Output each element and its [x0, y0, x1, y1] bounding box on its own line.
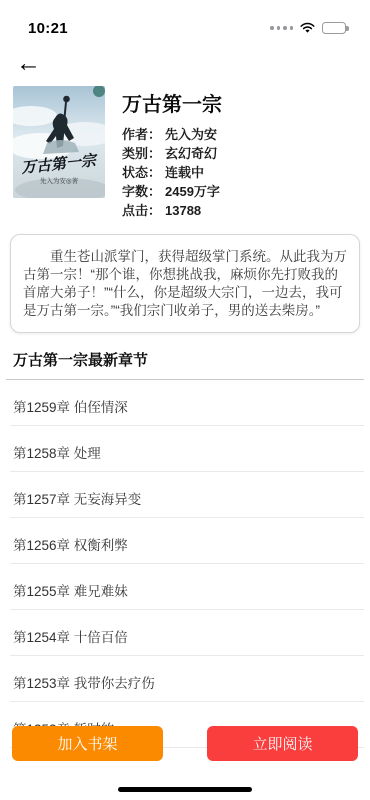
meta-wordcount-label: 字数：	[122, 182, 161, 201]
footer-action-bar: 加入书架 立即阅读	[0, 726, 370, 761]
add-to-shelf-button[interactable]: 加入书架	[12, 726, 163, 761]
meta-clicks: 点击： 13788	[122, 201, 222, 220]
chapter-item[interactable]: 第1255章 难兄难妹	[0, 564, 370, 610]
meta-wordcount-value: 2459万字	[165, 182, 220, 201]
book-title: 万古第一宗	[122, 88, 222, 117]
meta-status: 状态： 连载中	[122, 163, 222, 182]
battery-icon	[322, 22, 346, 34]
status-bar: 10:21	[0, 0, 370, 44]
home-indicator[interactable]	[118, 787, 252, 792]
chapter-item[interactable]: 第1257章 无妄海异变	[0, 472, 370, 518]
meta-author: 作者： 先入为安	[122, 125, 222, 144]
nav-bar: ←	[0, 46, 370, 80]
read-now-button[interactable]: 立即阅读	[207, 726, 358, 761]
chapter-item[interactable]: 第1256章 权衡利弊	[0, 518, 370, 564]
chapter-item[interactable]: 第1258章 处理	[0, 426, 370, 472]
meta-author-label: 作者：	[122, 125, 161, 144]
chapter-list: 第1259章 伯侄情深 第1258章 处理 第1257章 无妄海异变 第1256…	[0, 380, 370, 748]
meta-clicks-value: 13788	[165, 201, 201, 220]
chapter-item[interactable]: 第1259章 伯侄情深	[0, 380, 370, 426]
meta-wordcount: 字数： 2459万字	[122, 182, 222, 201]
book-header: 万古第一宗 先入为安◎著 万古第一宗 作者： 先入为安 类别： 玄幻奇幻 状态：…	[0, 80, 370, 220]
cover-author-line: 先入为安◎著	[40, 176, 79, 185]
meta-author-value: 先入为安	[165, 125, 217, 144]
description-text: 重生苍山派掌门，获得超级掌门系统。从此我为万古第一宗！“那个谁，你想挑战我，麻烦…	[23, 248, 347, 320]
meta-category: 类别： 玄幻奇幻	[122, 144, 222, 163]
back-button[interactable]: ←	[16, 51, 41, 76]
meta-category-value: 玄幻奇幻	[165, 144, 217, 163]
wifi-icon	[299, 22, 316, 34]
meta-clicks-label: 点击：	[122, 201, 161, 220]
meta-status-value: 连载中	[165, 163, 204, 182]
clock: 10:21	[28, 20, 68, 37]
latest-chapters-title: 万古第一宗最新章节	[0, 333, 370, 379]
description-card: 重生苍山派掌门，获得超级掌门系统。从此我为万古第一宗！“那个谁，你想挑战我，麻烦…	[10, 234, 360, 333]
book-info: 万古第一宗 作者： 先入为安 类别： 玄幻奇幻 状态： 连载中 字数： 2459…	[122, 86, 222, 220]
meta-category-label: 类别：	[122, 144, 161, 163]
cellular-signal-icon	[270, 26, 293, 30]
status-icons	[270, 22, 346, 34]
book-cover-image: 万古第一宗 先入为安◎著	[13, 86, 105, 198]
meta-status-label: 状态：	[122, 163, 161, 182]
chapter-item[interactable]: 第1254章 十倍百倍	[0, 610, 370, 656]
chapter-item[interactable]: 第1253章 我带你去疗伤	[0, 656, 370, 702]
